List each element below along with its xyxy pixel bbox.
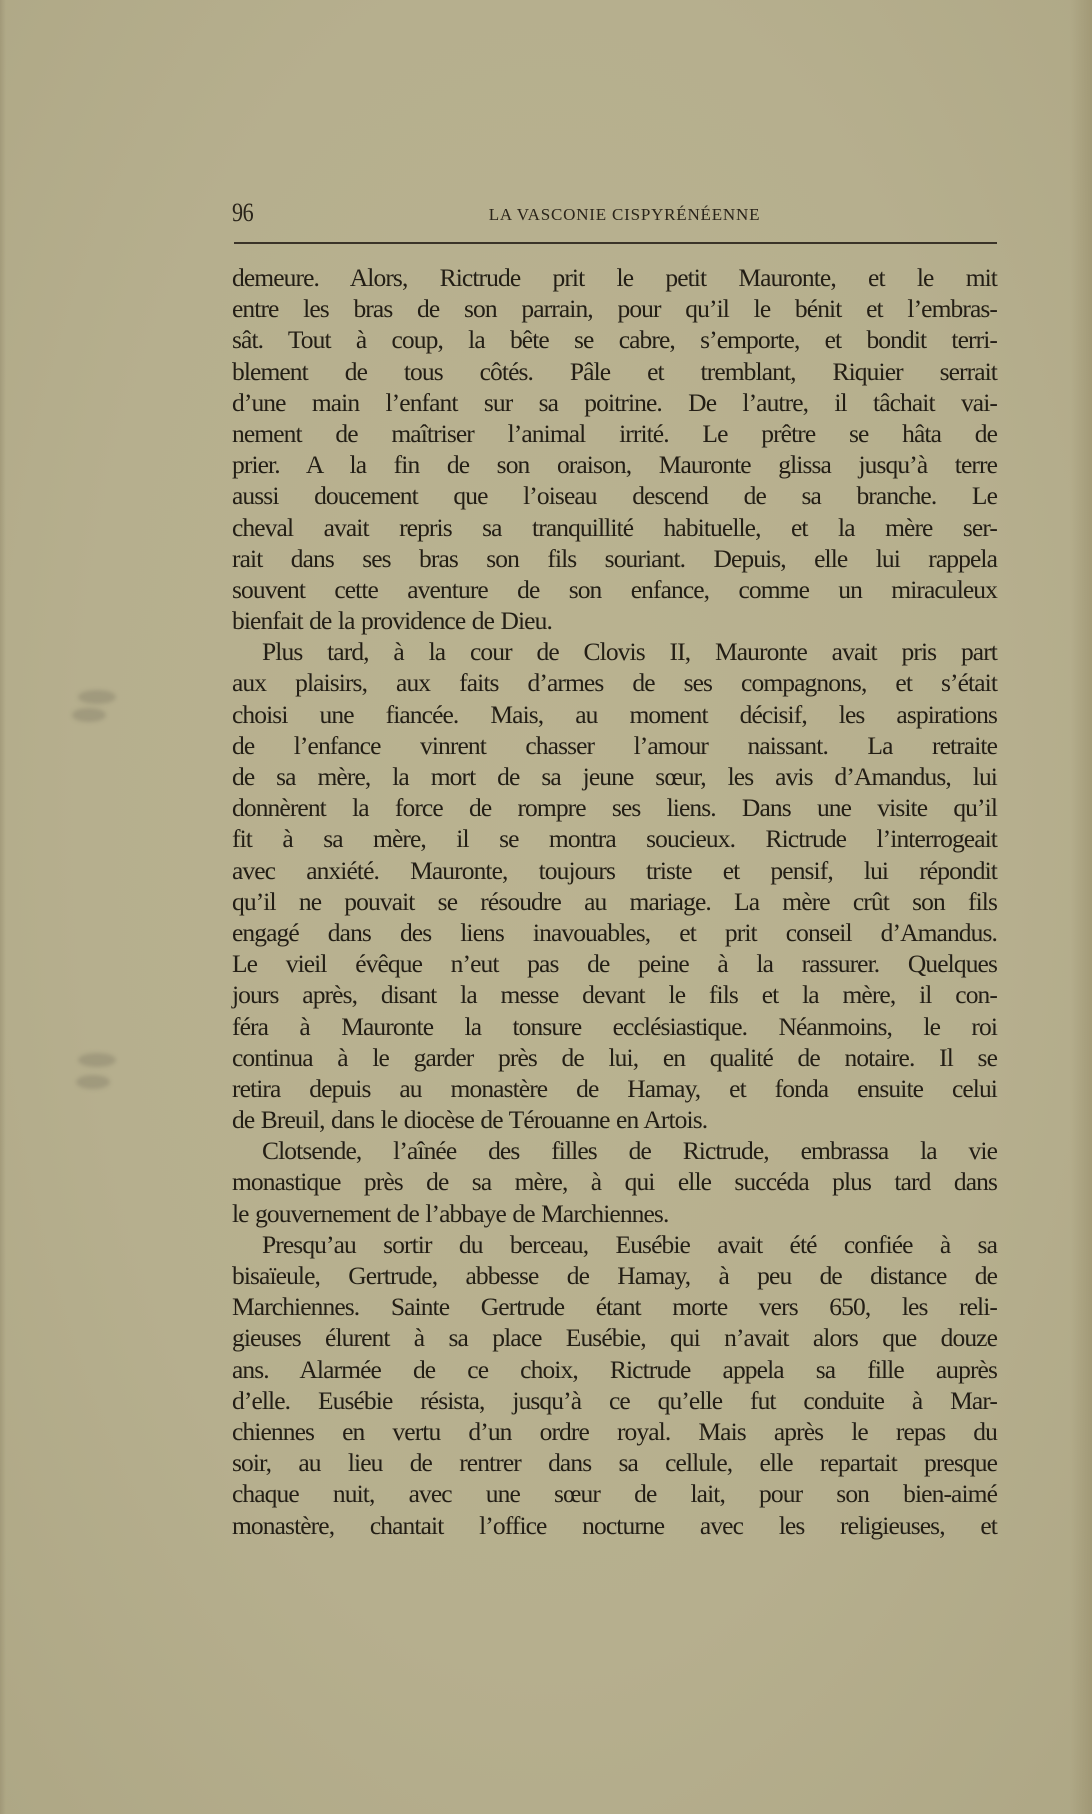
text-line: sât. Tout à coup, la bête se cabre, s’em…	[232, 324, 997, 355]
text-line-content: souvent cette aventure de son enfance, c…	[232, 574, 997, 605]
text-line-content: aux plaisirs, aux faits d’armes de ses c…	[232, 667, 997, 698]
page-smudge-mark	[78, 690, 116, 704]
text-line: chaque nuit, avec une sœur de lait, pour…	[232, 1478, 997, 1509]
text-line-content: chiennes en vertu d’un ordre royal. Mais…	[232, 1416, 997, 1447]
text-line: d’elle. Eusébie résista, jusqu’à ce qu’e…	[232, 1385, 997, 1416]
text-line: bienfait de la providence de Dieu.	[232, 605, 997, 636]
text-line: nement de maîtriser l’animal irrité. Le …	[232, 418, 997, 449]
text-line-content: d’elle. Eusébie résista, jusqu’à ce qu’e…	[232, 1385, 997, 1416]
text-line-content: cheval avait repris sa tranquillité habi…	[232, 512, 997, 543]
text-line: aussi doucement que l’oiseau descend de …	[232, 480, 997, 511]
text-line: choisi une fiancée. Mais, au moment déci…	[232, 699, 997, 730]
text-line-content: engagé dans des liens inavouables, et pr…	[232, 917, 997, 948]
text-line: Clotsende, l’aînée des filles de Rictrud…	[232, 1135, 997, 1166]
text-line-content: prier. A la fin de son oraison, Mauronte…	[232, 449, 997, 480]
body-text: demeure. Alors, Rictrude prit le petit M…	[232, 262, 997, 1541]
text-line: féra à Mauronte la tonsure ecclésiastiqu…	[232, 1011, 997, 1042]
book-page: 96 LA VASCONIE CISPYRÉNÉENNE demeure. Al…	[0, 0, 1092, 1814]
text-line: ans. Alarmée de ce choix, Rictrude appel…	[232, 1354, 997, 1385]
text-line-content: Plus tard, à la cour de Clovis II, Mauro…	[232, 636, 997, 667]
text-line-content: qu’il ne pouvait se résoudre au mariage.…	[232, 886, 997, 917]
text-line-content: donnèrent la force de rompre ses liens. …	[232, 792, 997, 823]
text-line: gieuses élurent à sa place Eusébie, qui …	[232, 1322, 997, 1353]
text-line-content: d’une main l’enfant sur sa poitrine. De …	[232, 387, 997, 418]
text-line: continua à le garder près de lui, en qua…	[232, 1042, 997, 1073]
text-line-content: jours après, disant la messe devant le f…	[232, 979, 997, 1010]
text-line-content: bisaïeule, Gertrude, abbesse de Hamay, à…	[232, 1260, 997, 1291]
text-line: engagé dans des liens inavouables, et pr…	[232, 917, 997, 948]
text-line-content: Presqu’au sortir du berceau, Eusébie ava…	[232, 1229, 997, 1260]
text-line-content: bienfait de la providence de Dieu.	[232, 605, 997, 636]
text-line: donnèrent la force de rompre ses liens. …	[232, 792, 997, 823]
text-line-content: blement de tous côtés. Pâle et tremblant…	[232, 356, 997, 387]
text-line: entre les bras de son parrain, pour qu’i…	[232, 293, 997, 324]
text-line-content: de Breuil, dans le diocèse de Térouanne …	[232, 1104, 997, 1135]
text-line-content: rait dans ses bras son fils souriant. De…	[232, 543, 997, 574]
text-line-content: continua à le garder près de lui, en qua…	[232, 1042, 997, 1073]
text-line-content: monastique près de sa mère, à qui elle s…	[232, 1166, 997, 1197]
text-line-content: chaque nuit, avec une sœur de lait, pour…	[232, 1478, 997, 1509]
running-title: LA VASCONIE CISPYRÉNÉENNE	[232, 200, 997, 230]
page-smudge-mark	[78, 1053, 116, 1067]
text-line: de Breuil, dans le diocèse de Térouanne …	[232, 1104, 997, 1135]
text-line-content: Le vieil évêque n’eut pas de peine à la …	[232, 948, 997, 979]
text-line-content: Clotsende, l’aînée des filles de Rictrud…	[232, 1135, 997, 1166]
text-line: avec anxiété. Mauronte, toujours triste …	[232, 855, 997, 886]
text-line: Plus tard, à la cour de Clovis II, Mauro…	[232, 636, 997, 667]
text-line: Presqu’au sortir du berceau, Eusébie ava…	[232, 1229, 997, 1260]
text-line-content: de l’enfance vinrent chasser l’amour nai…	[232, 730, 997, 761]
text-line: de l’enfance vinrent chasser l’amour nai…	[232, 730, 997, 761]
text-line-content: gieuses élurent à sa place Eusébie, qui …	[232, 1322, 997, 1353]
text-line: bisaïeule, Gertrude, abbesse de Hamay, à…	[232, 1260, 997, 1291]
text-line: cheval avait repris sa tranquillité habi…	[232, 512, 997, 543]
text-line: fit à sa mère, il se montra soucieux. Ri…	[232, 823, 997, 854]
text-line-content: féra à Mauronte la tonsure ecclésiastiqu…	[232, 1011, 997, 1042]
text-line: retira depuis au monastère de Hamay, et …	[232, 1073, 997, 1104]
text-line-content: sât. Tout à coup, la bête se cabre, s’em…	[232, 324, 997, 355]
text-line-content: entre les bras de son parrain, pour qu’i…	[232, 293, 997, 324]
text-line-content: choisi une fiancée. Mais, au moment déci…	[232, 699, 997, 730]
text-line-content: soir, au lieu de rentrer dans sa cellule…	[232, 1447, 997, 1478]
text-line: Le vieil évêque n’eut pas de peine à la …	[232, 948, 997, 979]
text-line: monastique près de sa mère, à qui elle s…	[232, 1166, 997, 1197]
text-line: souvent cette aventure de son enfance, c…	[232, 574, 997, 605]
text-line-content: ans. Alarmée de ce choix, Rictrude appel…	[232, 1354, 997, 1385]
text-line: aux plaisirs, aux faits d’armes de ses c…	[232, 667, 997, 698]
text-line-content: retira depuis au monastère de Hamay, et …	[232, 1073, 997, 1104]
text-line: prier. A la fin de son oraison, Mauronte…	[232, 449, 997, 480]
running-head: 96 LA VASCONIE CISPYRÉNÉENNE	[232, 196, 997, 230]
text-line-content: le gouvernement de l’abbaye de Marchienn…	[232, 1198, 997, 1229]
page-smudge-mark	[76, 1075, 110, 1089]
text-line: chiennes en vertu d’un ordre royal. Mais…	[232, 1416, 997, 1447]
text-line: le gouvernement de l’abbaye de Marchienn…	[232, 1198, 997, 1229]
text-line-content: fit à sa mère, il se montra soucieux. Ri…	[232, 823, 997, 854]
text-line-content: nement de maîtriser l’animal irrité. Le …	[232, 418, 997, 449]
text-line: Marchiennes. Sainte Gertrude étant morte…	[232, 1291, 997, 1322]
text-line-content: Marchiennes. Sainte Gertrude étant morte…	[232, 1291, 997, 1322]
text-line: qu’il ne pouvait se résoudre au mariage.…	[232, 886, 997, 917]
text-line: de sa mère, la mort de sa jeune sœur, le…	[232, 761, 997, 792]
text-line-content: demeure. Alors, Rictrude prit le petit M…	[232, 262, 997, 293]
text-line: rait dans ses bras son fils souriant. De…	[232, 543, 997, 574]
text-line: monastère, chantait l’office nocturne av…	[232, 1510, 997, 1541]
text-line-content: avec anxiété. Mauronte, toujours triste …	[232, 855, 997, 886]
page-smudge-mark	[72, 708, 106, 722]
text-line-content: monastère, chantait l’office nocturne av…	[232, 1510, 997, 1541]
text-line-content: aussi doucement que l’oiseau descend de …	[232, 480, 997, 511]
text-line: jours après, disant la messe devant le f…	[232, 979, 997, 1010]
text-line: soir, au lieu de rentrer dans sa cellule…	[232, 1447, 997, 1478]
text-line: d’une main l’enfant sur sa poitrine. De …	[232, 387, 997, 418]
text-line: blement de tous côtés. Pâle et tremblant…	[232, 356, 997, 387]
text-line: demeure. Alors, Rictrude prit le petit M…	[232, 262, 997, 293]
text-line-content: de sa mère, la mort de sa jeune sœur, le…	[232, 761, 997, 792]
header-rule	[234, 242, 997, 244]
